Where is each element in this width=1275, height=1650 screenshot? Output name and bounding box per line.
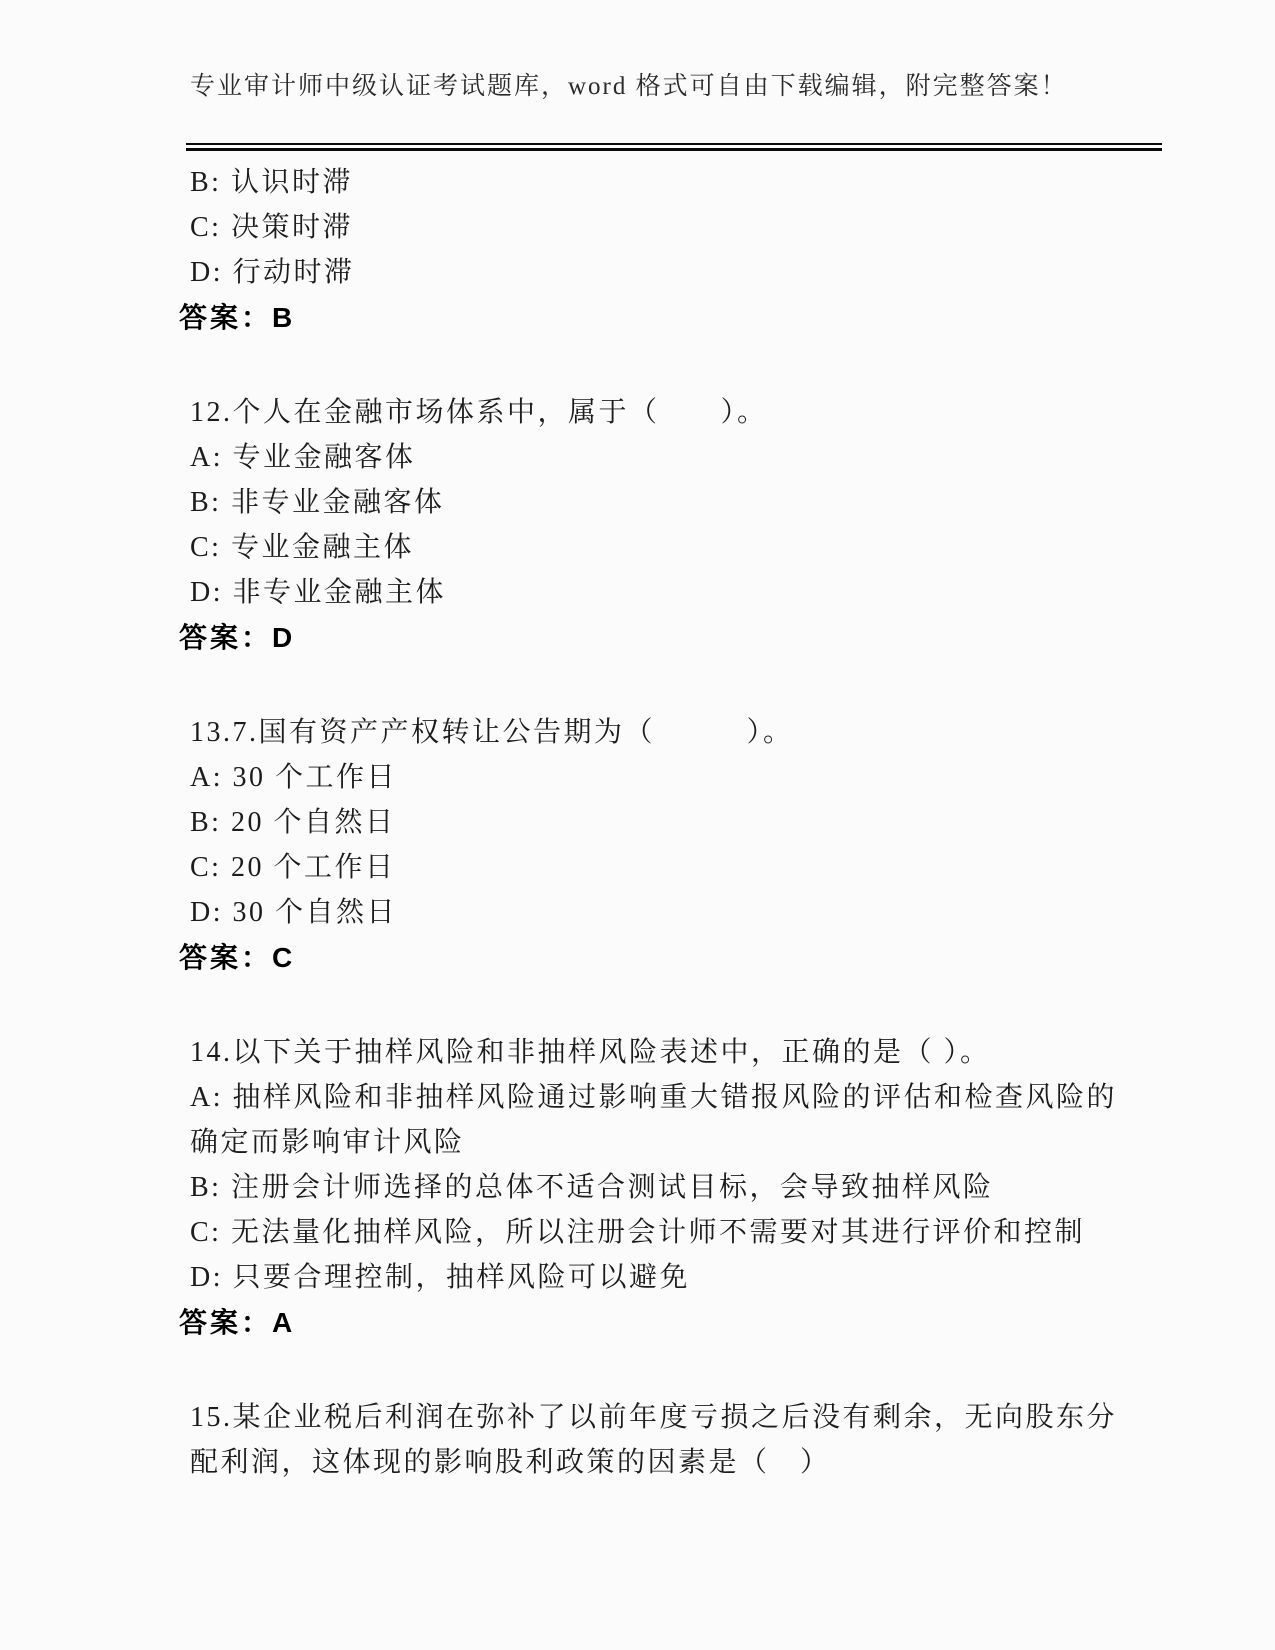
option-b: B: 认识时滞 bbox=[190, 160, 1190, 205]
option-b: B: 非专业金融客体 bbox=[190, 480, 1190, 525]
answer-line: 答案：D bbox=[179, 615, 1190, 660]
option-d: D: 30 个自然日 bbox=[190, 890, 1190, 935]
document-body: B: 认识时滞 C: 决策时滞 D: 行动时滞 答案：B 12.个人在金融市场体… bbox=[190, 160, 1190, 1485]
document-page: 专业审计师中级认证考试题库，word 格式可自由下载编辑，附完整答案！ B: 认… bbox=[0, 0, 1275, 1650]
option-d: D: 只要合理控制，抽样风险可以避免 bbox=[190, 1255, 1190, 1300]
option-b: B: 20 个自然日 bbox=[190, 800, 1190, 845]
header-divider bbox=[186, 143, 1162, 151]
question-stem-line-1: 15.某企业税后利润在弥补了以前年度亏损之后没有剩余，无向股东分 bbox=[190, 1395, 1190, 1440]
question-stem: 13.7.国有资产产权转让公告期为（ ）。 bbox=[190, 710, 1190, 755]
option-b: B: 注册会计师选择的总体不适合测试目标，会导致抽样风险 bbox=[190, 1165, 1190, 1210]
option-d: D: 行动时滞 bbox=[190, 250, 1190, 295]
answer-line: 答案：C bbox=[179, 935, 1190, 980]
question-stem-line-2: 配利润，这体现的影响股利政策的因素是（ ） bbox=[190, 1440, 1190, 1485]
question-11-partial: B: 认识时滞 C: 决策时滞 D: 行动时滞 答案：B bbox=[190, 160, 1190, 340]
option-c: C: 专业金融主体 bbox=[190, 525, 1190, 570]
option-a: A: 30 个工作日 bbox=[190, 755, 1190, 800]
header-title: 专业审计师中级认证考试题库，word 格式可自由下载编辑，附完整答案！ bbox=[190, 66, 1068, 102]
question-stem: 12.个人在金融市场体系中，属于（ ）。 bbox=[190, 390, 1190, 435]
question-13: 13.7.国有资产产权转让公告期为（ ）。 A: 30 个工作日 B: 20 个… bbox=[190, 710, 1190, 980]
question-12: 12.个人在金融市场体系中，属于（ ）。 A: 专业金融客体 B: 非专业金融客… bbox=[190, 390, 1190, 660]
option-a-line-1: A: 抽样风险和非抽样风险通过影响重大错报风险的评估和检查风险的 bbox=[190, 1075, 1190, 1120]
option-d: D: 非专业金融主体 bbox=[190, 570, 1190, 615]
question-stem: 14.以下关于抽样风险和非抽样风险表述中，正确的是（ ）。 bbox=[190, 1030, 1190, 1075]
answer-line: 答案：A bbox=[179, 1300, 1190, 1345]
option-a-line-2: 确定而影响审计风险 bbox=[190, 1120, 1190, 1165]
question-15: 15.某企业税后利润在弥补了以前年度亏损之后没有剩余，无向股东分 配利润，这体现… bbox=[190, 1395, 1190, 1485]
option-c: C: 无法量化抽样风险，所以注册会计师不需要对其进行评价和控制 bbox=[190, 1210, 1190, 1255]
option-a: A: 专业金融客体 bbox=[190, 435, 1190, 480]
question-14: 14.以下关于抽样风险和非抽样风险表述中，正确的是（ ）。 A: 抽样风险和非抽… bbox=[190, 1030, 1190, 1345]
answer-line: 答案：B bbox=[179, 295, 1190, 340]
option-c: C: 决策时滞 bbox=[190, 205, 1190, 250]
option-c: C: 20 个工作日 bbox=[190, 845, 1190, 890]
